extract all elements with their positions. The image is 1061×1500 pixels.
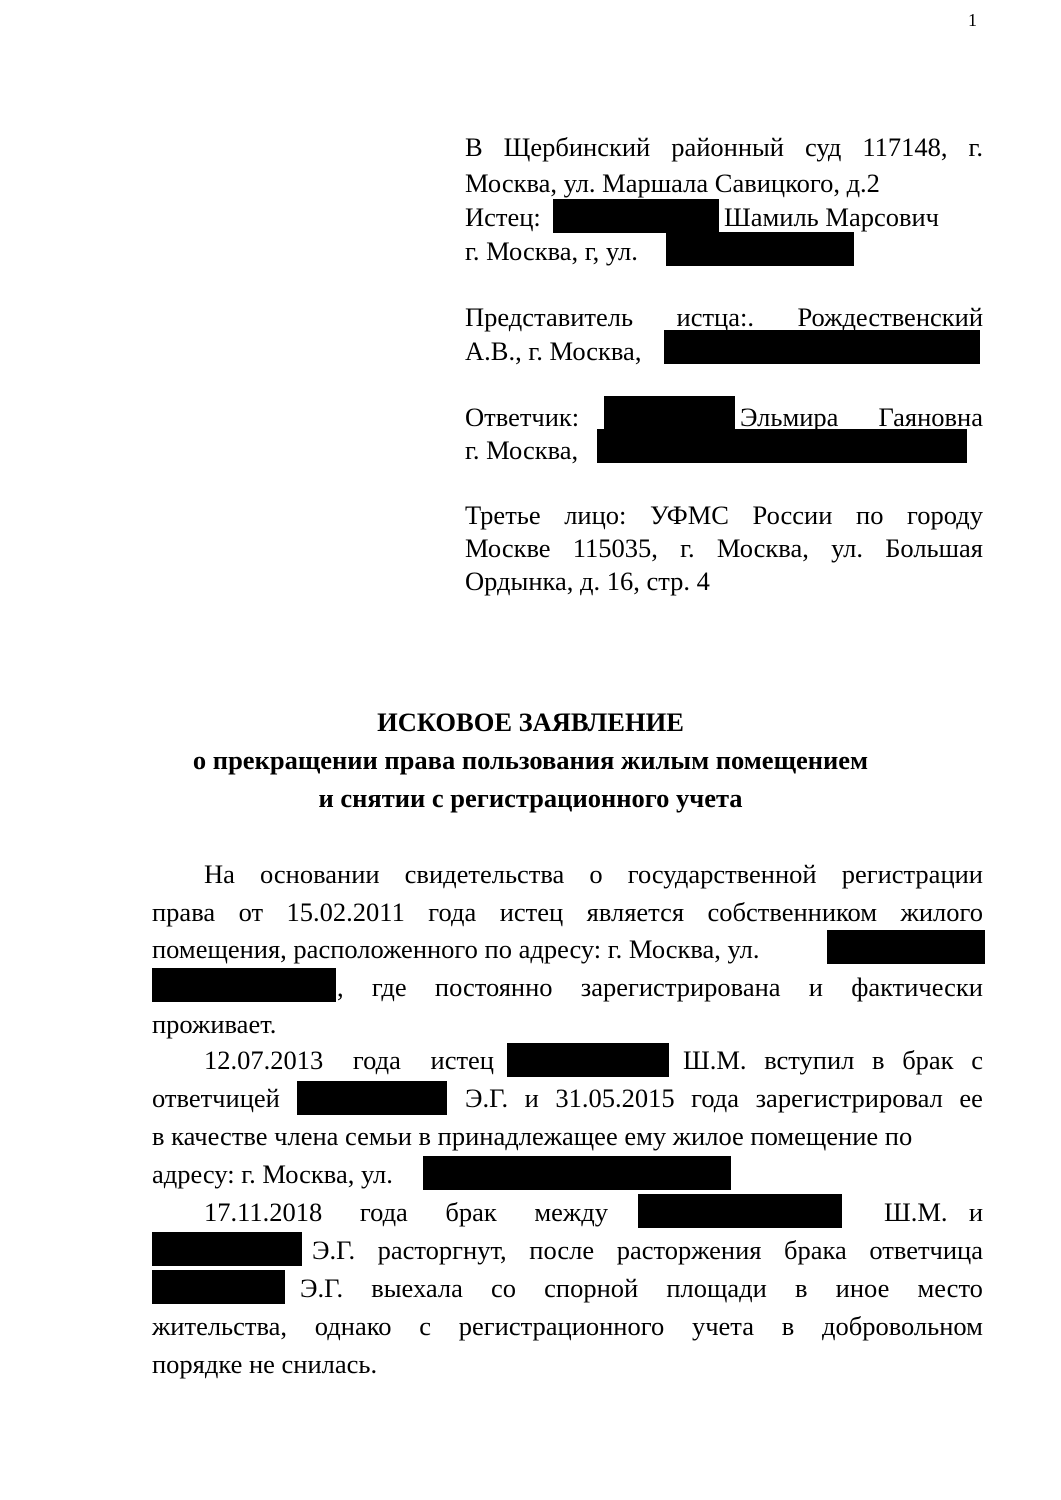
redaction [152, 1270, 285, 1304]
word: после [529, 1233, 594, 1267]
court-address-line-1: В Щербинский районный суд 117148, г. [465, 130, 983, 164]
page-number: 1 [968, 10, 977, 31]
representative-line-2: А.В., г. Москва, [465, 334, 641, 368]
word: где [372, 970, 407, 1004]
word: Большая [885, 531, 983, 565]
word: , [337, 970, 344, 1004]
word: с [419, 1309, 431, 1343]
p3-line-5: порядке не снилась. [152, 1347, 377, 1381]
word: однако [315, 1309, 392, 1343]
word: государственной [628, 857, 817, 891]
word: права [152, 895, 215, 929]
word: иное [836, 1271, 890, 1305]
document-title: ИСКОВОЕ ЗАЯВЛЕНИЕ [0, 705, 1061, 739]
word: с [971, 1043, 983, 1077]
word: жительства, [152, 1309, 287, 1343]
p3-line-4: жительства, однако с регистрационного уч… [152, 1309, 983, 1343]
redaction [604, 396, 735, 430]
word: со [491, 1271, 516, 1305]
word: площади [666, 1271, 767, 1305]
word: в [872, 1043, 885, 1077]
word: Москва, [717, 531, 809, 565]
word: 15.02.2011 [287, 895, 405, 929]
word: является [587, 895, 684, 929]
word: На [204, 857, 235, 891]
word: 115035, [573, 531, 658, 565]
word: Э.Г. [300, 1271, 343, 1305]
word: собственником [708, 895, 878, 929]
word: 12.07.2013 [204, 1043, 323, 1077]
word: учета [692, 1309, 754, 1343]
word: выехала [371, 1271, 463, 1305]
word: постоянно [435, 970, 553, 1004]
representative-line-1: Представитель истца:. Рождественский [465, 300, 983, 334]
word: брака [784, 1233, 847, 1267]
word: и [525, 1081, 539, 1115]
word: брак [445, 1195, 496, 1229]
third-party-line-3: Ордынка, д. 16, стр. 4 [465, 564, 710, 598]
p1-line-1: На основании свидетельства о государстве… [204, 857, 983, 891]
word: брак [902, 1043, 953, 1077]
word: ответчица [869, 1233, 983, 1267]
word: в [782, 1309, 795, 1343]
p1-line-4: , где постоянно зарегистрирована и факти… [337, 970, 983, 1004]
redaction [152, 1232, 302, 1266]
word: и [969, 1195, 983, 1229]
p2-line-1b: Ш.М. вступил в брак с [683, 1043, 983, 1077]
p3-line-2: Э.Г. расторгнут, после расторжения брака… [312, 1233, 983, 1267]
redaction [597, 429, 967, 463]
plaintiff-address: г. Москва, г, ул. [465, 234, 638, 268]
word: Рождественский [797, 300, 983, 334]
document-subtitle-1: о прекращении права пользования жилым по… [0, 743, 1061, 777]
word: по [856, 498, 883, 532]
word: между [534, 1195, 608, 1229]
redaction [827, 930, 985, 964]
word: и [809, 970, 823, 1004]
word: Представитель [465, 300, 633, 334]
p2-line-3: в качестве члена семьи в принадлежащее е… [152, 1119, 912, 1153]
word: Третье [465, 498, 541, 532]
redaction [638, 1194, 842, 1228]
word: ее [959, 1081, 983, 1115]
word: Э.Г. [312, 1233, 355, 1267]
word: В [465, 130, 483, 164]
p2-line-4: адресу: г. Москва, ул. [152, 1157, 393, 1191]
plaintiff-label: Истец: [465, 200, 541, 234]
p1-line-5: проживает. [152, 1007, 276, 1041]
word: суд [805, 130, 841, 164]
word: Москве [465, 531, 551, 565]
p2-line-1a: 12.07.2013 года истец [204, 1043, 494, 1077]
word: вступил [764, 1043, 854, 1077]
word: районный [671, 130, 784, 164]
word: о [589, 857, 602, 891]
redaction [507, 1043, 669, 1077]
word: зарегистрировал [756, 1081, 943, 1115]
word: от [239, 895, 263, 929]
word: регистрационного [459, 1309, 664, 1343]
word: основании [260, 857, 380, 891]
word: 31.05.2015 [555, 1081, 674, 1115]
word: жилого [901, 895, 983, 929]
word: г. [968, 130, 983, 164]
word: года [428, 895, 476, 929]
document-subtitle-2: и снятии с регистрационного учета [0, 781, 1061, 815]
word: истец [500, 895, 563, 929]
word: Щербинский [504, 130, 651, 164]
word: свидетельства [405, 857, 565, 891]
redaction [297, 1081, 447, 1115]
word: 17.11.2018 [204, 1195, 322, 1229]
word: Ш.М. [884, 1195, 948, 1229]
word: место [917, 1271, 982, 1305]
word: ул. [831, 531, 863, 565]
p2-line-2a: ответчицей [152, 1081, 280, 1115]
word: городу [907, 498, 983, 532]
defendant-label: Ответчик: [465, 400, 579, 434]
redaction [664, 330, 980, 364]
word: регистрации [842, 857, 983, 891]
word: расторгнут, [378, 1233, 507, 1267]
word: зарегистрирована [581, 970, 781, 1004]
p3-line-1a: 17.11.2018 года брак между [204, 1195, 608, 1229]
word: истец [431, 1043, 494, 1077]
word: Ш.М. [683, 1043, 747, 1077]
court-address-line-2: Москва, ул. Маршала Савицкого, д.2 [465, 166, 880, 200]
p2-line-2b: Э.Г. и 31.05.2015 года зарегистрировал е… [465, 1081, 983, 1115]
word: фактически [851, 970, 983, 1004]
third-party-line-2: Москве 115035, г. Москва, ул. Большая [465, 531, 983, 565]
word: года [353, 1043, 401, 1077]
word: г. [680, 531, 695, 565]
third-party-line-1: Третье лицо: УФМС России по городу [465, 498, 983, 532]
p1-line-3: помещения, расположенного по адресу: г. … [152, 932, 759, 966]
redaction [553, 199, 719, 233]
word: расторжения [617, 1233, 762, 1267]
word: России [753, 498, 833, 532]
word: добровольном [822, 1309, 983, 1343]
defendant-address: г. Москва, [465, 433, 578, 467]
word: года [691, 1081, 739, 1115]
redaction [666, 232, 854, 266]
word: Э.Г. [465, 1081, 508, 1115]
redaction [423, 1156, 731, 1190]
word: года [360, 1195, 408, 1229]
p3-line-3: Э.Г. выехала со спорной площади в иное м… [300, 1271, 983, 1305]
word: в [795, 1271, 808, 1305]
redaction [152, 968, 336, 1002]
word: спорной [544, 1271, 638, 1305]
plaintiff-name: Шамиль Марсович [724, 200, 939, 234]
word: истца:. [677, 300, 754, 334]
p1-line-2: права от 15.02.2011 года истец является … [152, 895, 983, 929]
word: лицо: [564, 498, 626, 532]
word: 117148, [862, 130, 947, 164]
word: УФМС [650, 498, 729, 532]
p3-line-1b: Ш.М. и [884, 1195, 983, 1229]
